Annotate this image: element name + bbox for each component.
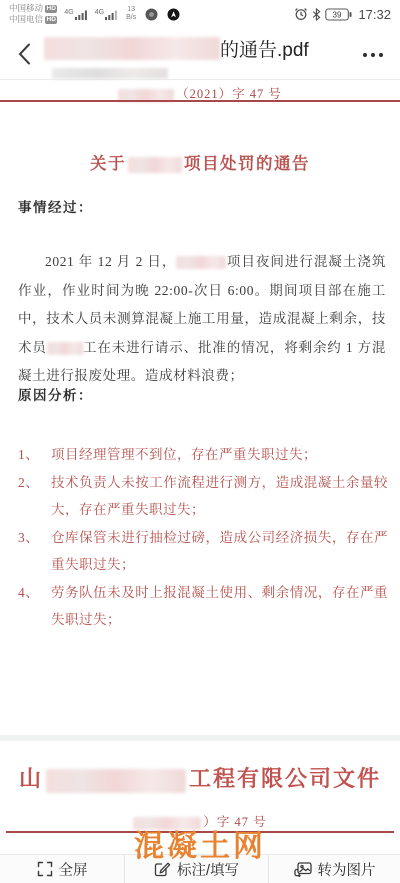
list-item: 2、 技术负责人未按工作流程进行测方，造成混凝土余量较大，存在严重失职过失； xyxy=(18,469,388,524)
status-left-cluster: 中国移动 HD 中国电信 HD 4G 4G xyxy=(9,3,180,25)
list-item-number: 3、 xyxy=(18,524,51,579)
speed-value: 13 xyxy=(127,6,135,14)
carrier-row-2: 中国电信 HD xyxy=(9,14,57,25)
document-title: 关于项目处罚的通告 xyxy=(0,150,400,174)
file-title: 的通告.pdf xyxy=(44,35,309,62)
letterhead-suffix: 工程有限公司文件 xyxy=(189,766,381,791)
hd-badge-icon: HD xyxy=(45,16,57,24)
annotate-pencil-icon xyxy=(154,861,171,877)
events-paragraph: 2021 年 12 月 2 日，项目夜间进行混凝土浇筑作业，作业时间为晚 22:… xyxy=(18,248,386,391)
document-number-text: （2021）字 47 号 xyxy=(176,87,282,101)
navigation-app-icon xyxy=(167,8,180,21)
bottom-toolbar: 全屏 标注/填写 转为图片 xyxy=(0,854,400,883)
letterhead-title: 山工程有限公司文件 xyxy=(0,762,400,793)
list-item-number: 4、 xyxy=(18,579,51,634)
status-bar: 中国移动 HD 中国电信 HD 4G 4G xyxy=(0,0,400,28)
clock-time: 17:32 xyxy=(358,7,391,22)
redacted-person-name xyxy=(47,342,83,355)
file-title-visible-text: 的通告.pdf xyxy=(220,35,309,62)
section-heading-cause: 原因分析： xyxy=(18,384,93,404)
list-item-number: 2、 xyxy=(18,469,51,524)
fullscreen-icon xyxy=(37,861,53,877)
image-icon xyxy=(294,861,312,877)
battery-icon: 39 xyxy=(325,8,352,21)
convert-to-image-label: 转为图片 xyxy=(318,859,376,880)
redacted-subtitle-text xyxy=(52,68,168,79)
redacted-project-name xyxy=(128,157,182,173)
network-type-label: 4G xyxy=(64,9,73,16)
file-subtitle xyxy=(52,65,168,83)
redacted-doc-prefix xyxy=(133,817,201,830)
fullscreen-button[interactable]: 全屏 xyxy=(0,855,124,883)
letterhead-prefix: 山 xyxy=(19,766,43,791)
carrier1-label: 中国移动 xyxy=(9,3,43,14)
hd-badge-icon: HD xyxy=(45,5,57,13)
section-heading-events: 事情经过： xyxy=(18,196,93,216)
more-options-button[interactable] xyxy=(358,42,388,68)
fullscreen-label: 全屏 xyxy=(59,859,88,880)
paragraph-part-1: 2021 年 12 月 2 日， xyxy=(45,254,176,269)
annotate-button[interactable]: 标注/填写 xyxy=(124,855,268,883)
network-speed-indicator: 13 B/s xyxy=(126,6,136,22)
letterhead-rule xyxy=(0,100,400,102)
document-number-line-page2: ）字 47 号 xyxy=(0,812,400,830)
list-item-text: 仓库保管未进行抽检过磅，造成公司经济损失，存在严重失职过失； xyxy=(51,524,388,579)
carrier-row-1: 中国移动 HD xyxy=(9,3,57,14)
back-button[interactable] xyxy=(11,41,37,67)
bluetooth-icon xyxy=(312,8,321,21)
annotate-label: 标注/填写 xyxy=(177,859,239,880)
list-item-number: 1、 xyxy=(18,441,51,469)
cause-analysis-list: 1、 项目经理管理不到位，存在严重失职过失； 2、 技术负责人未按工作流程进行测… xyxy=(18,441,388,634)
alarm-icon xyxy=(294,7,308,21)
list-item: 4、 劳务队伍未及时上报混凝土使用、剩余情况，存在严重失职过失； xyxy=(18,579,388,634)
letterhead-rule-page2 xyxy=(6,831,394,833)
svg-text:39: 39 xyxy=(333,10,342,19)
speed-unit: B/s xyxy=(126,14,136,22)
redacted-title-text xyxy=(44,37,220,60)
status-right-cluster: 39 17:32 xyxy=(294,7,391,22)
convert-to-image-button[interactable]: 转为图片 xyxy=(268,855,400,883)
list-item: 1、 项目经理管理不到位，存在严重失职过失； xyxy=(18,441,388,469)
document-number-text-page2: ）字 47 号 xyxy=(203,815,266,829)
page-divider xyxy=(0,735,400,741)
list-item-text: 技术负责人未按工作流程进行测方，造成混凝土余量较大，存在严重失职过失； xyxy=(51,469,388,524)
carrier-labels: 中国移动 HD 中国电信 HD xyxy=(9,3,57,25)
carrier2-label: 中国电信 xyxy=(9,14,43,25)
redacted-project-name xyxy=(176,256,226,269)
phone-screen: 中国移动 HD 中国电信 HD 4G 4G xyxy=(0,0,400,883)
notification-app-icon xyxy=(145,8,158,21)
signal-strength-icon-sim2: 4G xyxy=(95,9,118,20)
signal-strength-icon: 4G xyxy=(64,9,87,20)
list-item-text: 项目经理管理不到位，存在严重失职过失； xyxy=(51,441,388,469)
list-item-text: 劳务队伍未及时上报混凝土使用、剩余情况，存在严重失职过失； xyxy=(51,579,388,634)
nav-bar: 的通告.pdf xyxy=(0,28,400,80)
list-item: 3、 仓库保管未进行抽检过磅，造成公司经济损失，存在严重失职过失； xyxy=(18,524,388,579)
document-title-suffix: 项目处罚的通告 xyxy=(184,154,310,173)
network-type-label: 4G xyxy=(95,9,104,16)
redacted-company-name xyxy=(46,769,186,793)
document-title-prefix: 关于 xyxy=(90,154,126,173)
